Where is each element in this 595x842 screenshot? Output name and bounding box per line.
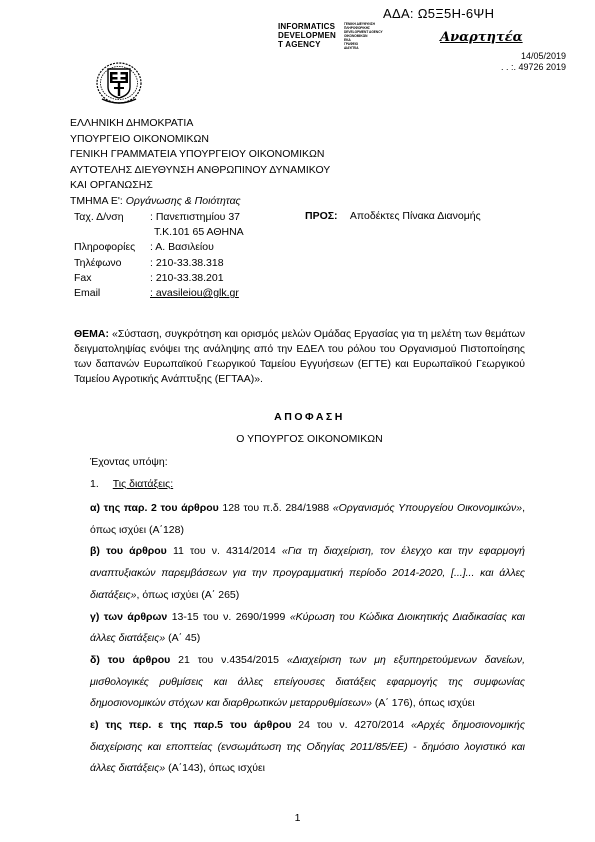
sender-line: ΥΠΟΥΡΓΕΙΟ ΟΙΚΟΝΟΜΙΚΩΝ [70, 132, 330, 148]
recipient: ΠΡΟΣ: Αποδέκτες Πίνακα Διανομής [305, 210, 481, 222]
provision-ref: γ) των άρθρων [90, 611, 167, 623]
item-number: 1. [90, 478, 99, 490]
info-row: Πληροφορίες : Α. Βασιλείου [74, 240, 244, 255]
ada-code: ΑΔΑ: Ω5Ξ5Η-6ΨΗ [383, 6, 494, 21]
having-regard: Έχοντας υπόψη: [90, 456, 168, 468]
item-1: 1.Τις διατάξεις: [90, 478, 173, 490]
department-name: Οργάνωσης & Ποιότητας [126, 195, 241, 207]
address-label: Ταχ. Δ/νση [74, 210, 150, 225]
ida-logo-line: INFORMATICS [278, 22, 336, 31]
provision-gazette: (Α΄143), όπως ισχύει [165, 762, 265, 774]
protocol-number: . . :. 49726 2019 [501, 62, 566, 72]
ida-logo-small-text: ΓΕΝΙΚΗ ΔΙΕΥΘΥΝΣΗ ΠΛΗΡΟΦΟΡΙΚΗΣ DEVELOPMEN… [344, 22, 383, 50]
phone-row: Τηλέφωνο : 210-33.38.318 [74, 256, 244, 271]
provision-item: δ) του άρθρου 21 του ν.4354/2015 «Διαχεί… [90, 650, 525, 715]
provision-law: 128 του π.δ. 284/1988 [219, 502, 333, 514]
provision-item: α) της παρ. 2 του άρθρου 128 του π.δ. 28… [90, 498, 525, 541]
ida-logo-line: DEVELOPMEN [278, 31, 336, 40]
provision-ref: β) του άρθρου [90, 545, 167, 557]
minister-heading: Ο ΥΠΟΥΡΓΟΣ ΟΙΚΟΝΟΜΙΚΩΝ [0, 433, 595, 445]
provision-gazette: (Α΄ 45) [165, 632, 200, 644]
provisions-list: α) της παρ. 2 του άρθρου 128 του π.δ. 28… [90, 498, 525, 780]
address-value: : Πανεπιστημίου 37 [150, 210, 240, 225]
provision-gazette: (Α΄ 176), όπως ισχύει [372, 697, 475, 709]
provision-ref: δ) του άρθρου [90, 654, 170, 666]
recipient-value: Αποδέκτες Πίνακα Διανομής [350, 210, 481, 222]
provision-item: β) του άρθρου 11 του ν. 4314/2014 «Για τ… [90, 541, 525, 606]
ida-logo: INFORMATICS DEVELOPMEN T AGENCY [278, 22, 336, 49]
sender-block: ΕΛΛΗΝΙΚΗ ΔΗΜΟΚΡΑΤΙΑ ΥΠΟΥΡΓΕΙΟ ΟΙΚΟΝΟΜΙΚΩ… [70, 116, 330, 209]
provision-item: γ) των άρθρων 13-15 του ν. 2690/1999 «Κύ… [90, 607, 525, 650]
spacer [74, 225, 150, 240]
email-row: Email : avasileiou@glk.gr [74, 286, 244, 301]
document-date: 14/05/2019 [521, 51, 566, 61]
phone-value: : 210-33.38.318 [150, 256, 224, 271]
contact-details: Ταχ. Δ/νση : Πανεπιστημίου 37 Τ.Κ.101 65… [74, 210, 244, 301]
sender-line: ΓΕΝΙΚΗ ΓΡΑΜΜΑΤΕΙΑ ΥΠΟΥΡΓΕΙΟΥ ΟΙΚΟΝΟΜΙΚΩΝ [70, 147, 330, 163]
info-label: Πληροφορίες [74, 240, 150, 255]
provision-ref: ε) της περ. ε της παρ.5 του άρθρου [90, 719, 291, 731]
publishable-stamp: Αναρτητέα [440, 30, 523, 45]
greek-state-emblem-icon [94, 61, 144, 107]
provision-title: «Οργανισμός Υπουργείου Οικονομικών» [333, 502, 522, 514]
recipient-label: ΠΡΟΣ: [305, 210, 338, 222]
ida-small-line: ΔΙΑΥΓΕΙΑ [344, 46, 383, 50]
provision-gazette: , όπως ισχύει (Α΄ 265) [137, 589, 240, 601]
subject-paragraph: ΘΕΜΑ: «Σύσταση, συγκρότηση και ορισμός μ… [74, 327, 525, 387]
sender-line: ΚΑΙ ΟΡΓΑΝΩΣΗΣ [70, 178, 330, 194]
fax-row: Fax : 210-33.38.201 [74, 271, 244, 286]
phone-label: Τηλέφωνο [74, 256, 150, 271]
provision-law: 21 του ν.4354/2015 [170, 654, 287, 666]
department-line: ΤΜΗΜΑ Ε': Οργάνωσης & Ποιότητας [70, 194, 330, 210]
provision-law: 13-15 του ν. 2690/1999 [167, 611, 290, 623]
address-row: Ταχ. Δ/νση : Πανεπιστημίου 37 [74, 210, 244, 225]
subject-label: ΘΕΜΑ: [74, 328, 109, 340]
department-label: ΤΜΗΜΑ Ε': [70, 195, 126, 207]
fax-label: Fax [74, 271, 150, 286]
provision-law: 11 του ν. 4314/2014 [167, 545, 282, 557]
subject-text: «Σύσταση, συγκρότηση και ορισμός μελών Ο… [74, 328, 525, 385]
provision-ref: α) της παρ. 2 του άρθρου [90, 502, 219, 514]
address-row-2: Τ.Κ.101 65 ΑΘΗΝΑ [74, 225, 244, 240]
decision-title: ΑΠΟΦΑΣΗ [0, 411, 595, 423]
fax-value: : 210-33.38.201 [150, 271, 224, 286]
provision-law: 24 του ν. 4270/2014 [291, 719, 411, 731]
info-value: : Α. Βασιλείου [150, 240, 214, 255]
email-link[interactable]: : avasileiou@glk.gr [150, 286, 239, 301]
page-number: 1 [0, 812, 595, 824]
provision-item: ε) της περ. ε της παρ.5 του άρθρου 24 το… [90, 715, 525, 780]
email-label: Email [74, 286, 150, 301]
postal-code-city: Τ.Κ.101 65 ΑΘΗΝΑ [150, 225, 244, 240]
ida-logo-line: T AGENCY [278, 40, 336, 49]
item-label: Τις διατάξεις: [113, 478, 173, 490]
sender-line: ΑΥΤΟΤΕΛΗΣ ΔΙΕΥΘΥΝΣΗ ΑΝΘΡΩΠΙΝΟΥ ΔΥΝΑΜΙΚΟΥ [70, 163, 330, 179]
sender-line: ΕΛΛΗΝΙΚΗ ΔΗΜΟΚΡΑΤΙΑ [70, 116, 330, 132]
